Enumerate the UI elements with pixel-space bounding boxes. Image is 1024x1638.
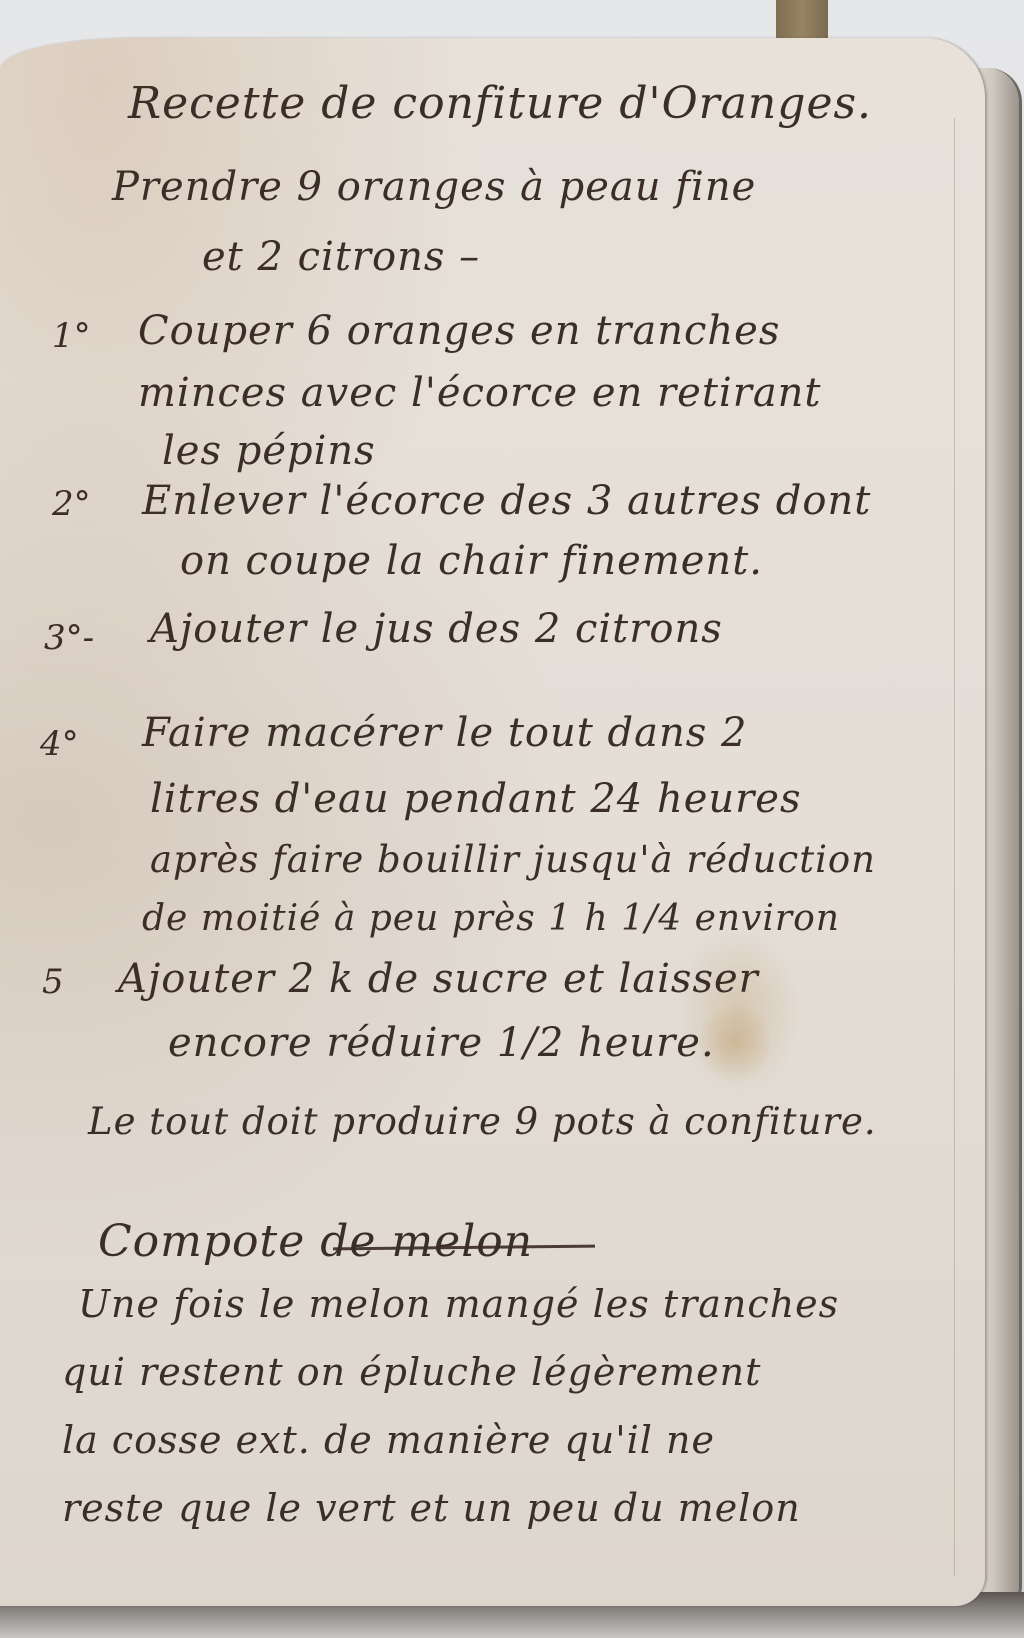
step-line: encore réduire 1/2 heure. (168, 1020, 715, 1066)
step-line: Ajouter 2 k de sucre et laisser (118, 956, 759, 1002)
recipe-intro-line: Prendre 9 oranges à peau fine (112, 164, 756, 210)
bookmark-ribbon (776, 0, 828, 38)
recipe-yield: Le tout doit produire 9 pots à confiture… (88, 1100, 877, 1143)
recipe-line: Une fois le melon mangé les tranches (78, 1282, 839, 1326)
step-line: Ajouter le jus des 2 citrons (150, 606, 723, 652)
step-line: Enlever l'écorce des 3 autres dont (142, 478, 871, 524)
step-line: minces avec l'écorce en retirant (138, 370, 822, 416)
step-number: 2° (52, 484, 91, 524)
step-line: les pépins (162, 428, 376, 474)
recipe-line: qui restent on épluche légèrement (62, 1350, 761, 1394)
recipe-intro-line: et 2 citrons – (202, 234, 480, 280)
recipe-title: Recette de confiture d'Oranges. (128, 78, 872, 129)
step-line: Couper 6 oranges en tranches (138, 308, 780, 354)
step-line: litres d'eau pendant 24 heures (150, 776, 801, 822)
recipe-title: Compote de melon (98, 1216, 533, 1267)
notebook-page: Recette de confiture d'Oranges. Prendre … (0, 38, 985, 1606)
step-number: 4° (40, 724, 79, 764)
step-number: 5 (42, 962, 64, 1002)
step-number: 3°- (44, 618, 94, 658)
step-line: Faire macérer le tout dans 2 (142, 710, 747, 756)
step-line: on coupe la chair finement. (180, 538, 763, 584)
recipe-line: reste que le vert et un peu du melon (62, 1486, 801, 1530)
step-number: 1° (52, 316, 91, 356)
step-line: de moitié à peu près 1 h 1/4 environ (142, 898, 840, 939)
recipe-line: la cosse ext. de manière qu'il ne (62, 1418, 715, 1462)
step-line: après faire bouillir jusqu'à réduction (150, 838, 876, 881)
